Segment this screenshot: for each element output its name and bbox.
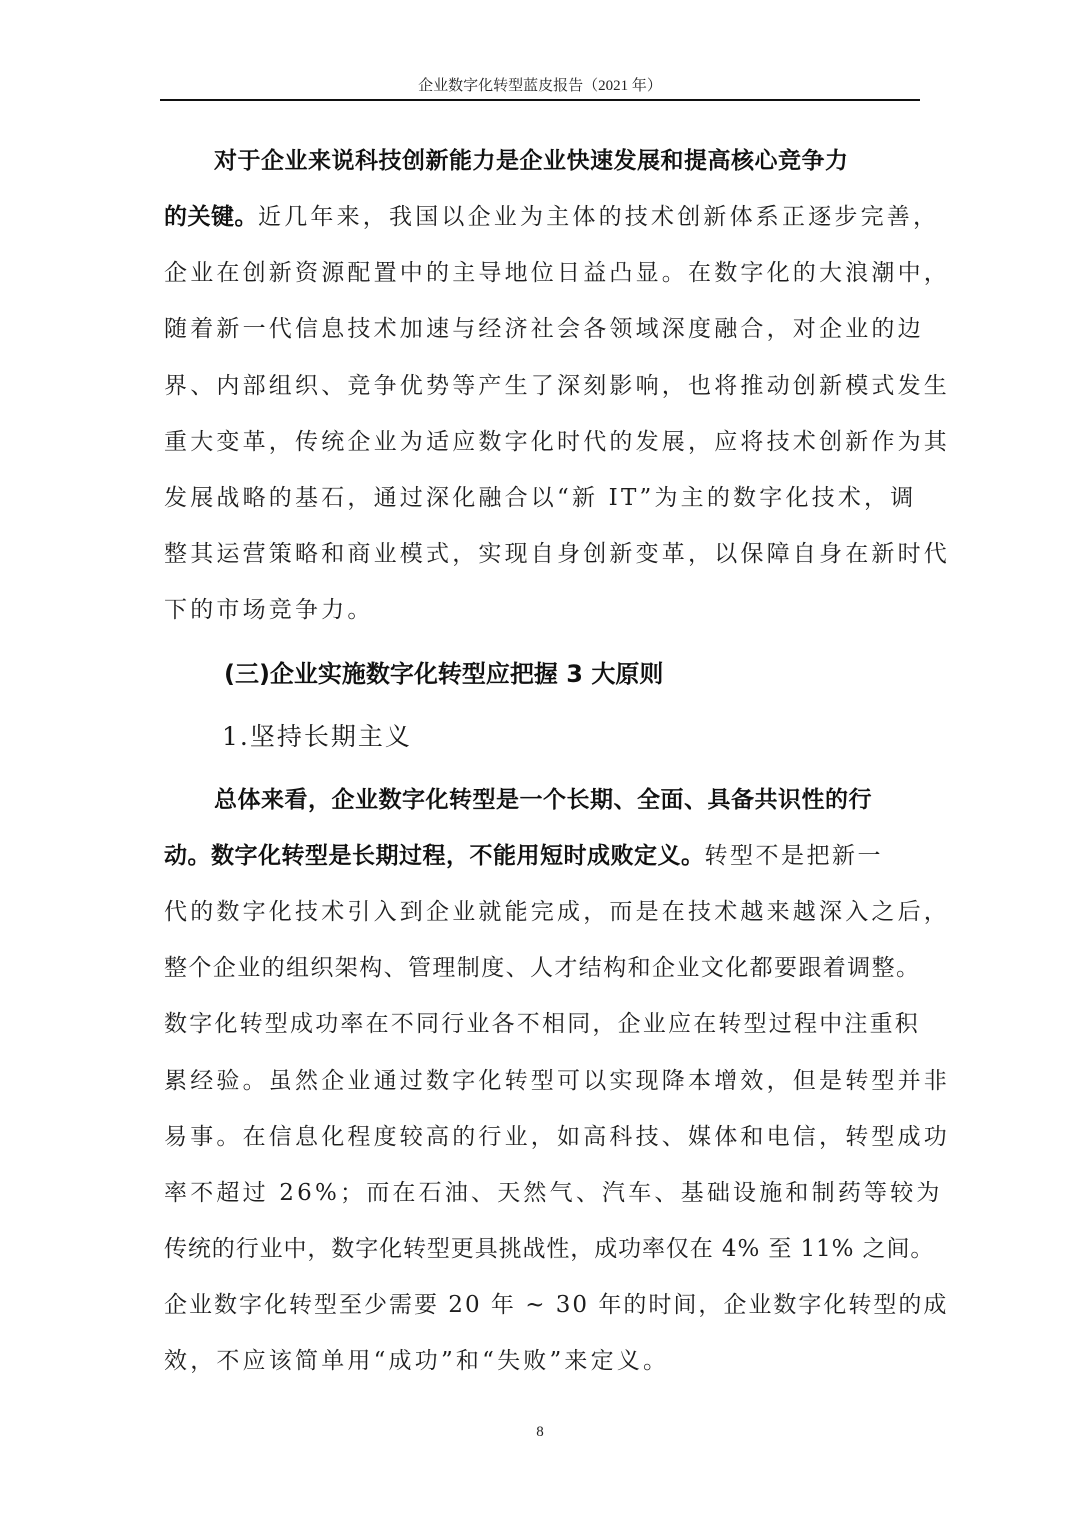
paragraph-line: 数字化转型成功率在不同行业各不相同，企业应在转型过程中注重积 xyxy=(164,1009,916,1039)
paragraph-line: 率不超过 26%；而在石油、天然气、汽车、基础设施和制药等较为 xyxy=(164,1178,916,1208)
section-heading: (三)企业实施数字化转型应把握 3 大原则 xyxy=(224,658,663,690)
bold-lead: 的关键。 xyxy=(164,204,258,230)
paragraph-line: 动。数字化转型是长期过程，不能用短时成败定义。转型不是把新一 xyxy=(164,841,916,871)
paragraph-line: 累经验。虽然企业通过数字化转型可以实现降本增效，但是转型并非 xyxy=(164,1066,916,1096)
paragraph-line: 界、内部组织、竞争优势等产生了深刻影响，也将推动创新模式发生 xyxy=(164,371,916,401)
line-text: 近几年来，我国以企业为主体的技术创新体系正逐步完善， xyxy=(258,204,939,230)
paragraph-line: 随着新一代信息技术加速与经济社会各领域深度融合，对企业的边 xyxy=(164,314,916,344)
paragraph-line: 企业数字化转型至少需要 20 年 ~ 30 年的时间，企业数字化转型的成 xyxy=(164,1290,916,1320)
paragraph-line: 总体来看，企业数字化转型是一个长期、全面、具备共识性的行 xyxy=(214,785,916,815)
paragraph-line: 代的数字化技术引入到企业就能完成，而是在技术越来越深入之后， xyxy=(164,897,916,927)
running-header: 企业数字化转型蓝皮报告（2021 年） xyxy=(160,76,920,96)
paragraph-line: 传统的行业中，数字化转型更具挑战性，成功率仅在 4% 至 11% 之间。 xyxy=(164,1234,916,1264)
paragraph-line: 效，不应该简单用“成功”和“失败”来定义。 xyxy=(164,1346,916,1376)
paragraph-line: 企业在创新资源配置中的主导地位日益凸显。在数字化的大浪潮中， xyxy=(164,258,916,288)
paragraph-line: 的关键。近几年来，我国以企业为主体的技术创新体系正逐步完善， xyxy=(164,202,916,232)
header-rule xyxy=(160,99,920,101)
bold-lead: 动。数字化转型是长期过程，不能用短时成败定义。 xyxy=(164,843,705,869)
paragraph-line: 对于企业来说科技创新能力是企业快速发展和提高核心竞争力 xyxy=(214,146,916,176)
paragraph-line: 重大变革，传统企业为适应数字化时代的发展，应将技术创新作为其 xyxy=(164,427,916,457)
paragraph-line: 整其运营策略和商业模式，实现自身创新变革，以保障自身在新时代 xyxy=(164,539,916,569)
paragraph-line: 下的市场竞争力。 xyxy=(164,595,916,625)
sub-heading: 1.坚持长期主义 xyxy=(222,720,412,754)
paragraph-line: 易事。在信息化程度较高的行业，如高科技、媒体和电信，转型成功 xyxy=(164,1122,916,1152)
page-number: 8 xyxy=(0,1424,1080,1441)
line-text: 转型不是把新一 xyxy=(705,843,884,869)
paragraph-line: 整个企业的组织架构、管理制度、人才结构和企业文化都要跟着调整。 xyxy=(164,953,916,983)
paragraph-line: 发展战略的基石，通过深化融合以“新 IT”为主的数字化技术，调 xyxy=(164,483,916,513)
